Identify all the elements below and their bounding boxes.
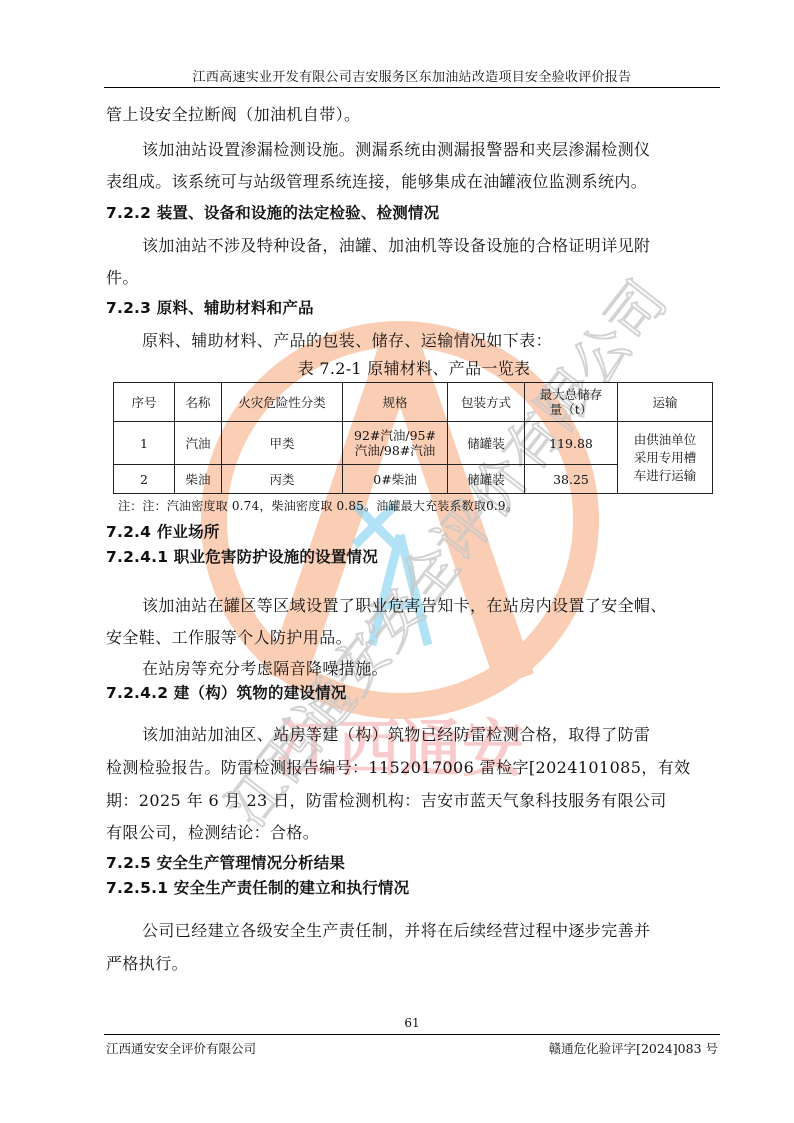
cell-package: 储罐装 — [448, 465, 525, 494]
cell-spec: 92#汽油/95# 汽油/98#汽油 — [343, 422, 448, 465]
table-note: 注：注：汽油密度取 0.74，柴油密度取 0.85。油罐最大充装系数取0.9。 — [118, 497, 518, 514]
paragraph: 原料、辅助材料、产品的包装、储存、运输情况如下表： — [106, 328, 552, 351]
paragraph: 件。 — [106, 265, 139, 288]
paragraph: 在站房等充分考虑隔音降噪措施。 — [106, 656, 388, 679]
cell-package: 储罐装 — [448, 422, 525, 465]
paragraph: 该加油站加油区、站房等建（构）筑物已经防雷检测合格，取得了防雷 — [106, 722, 650, 745]
paragraph: 有限公司，检测结论：合格。 — [106, 820, 319, 843]
col-header-name: 名称 — [175, 383, 222, 422]
paragraph: 检测检验报告。防雷检测报告编号：1152017006 雷检字[202410108… — [106, 755, 691, 778]
footer-doc-number: 赣通危化验评字[2024]083 号 — [549, 1039, 718, 1057]
paragraph: 表组成。该系统可与站级管理系统连接，能够集成在油罐液位监测系统内。 — [106, 169, 647, 192]
section-heading-7-2-3: 7.2.3 原料、辅助材料和产品 — [106, 296, 314, 318]
header-divider — [104, 87, 720, 88]
col-header-fire-class: 火灾危险性分类 — [222, 383, 343, 422]
section-heading-7-2-2: 7.2.2 装置、设备和设施的法定检验、检测情况 — [106, 201, 439, 223]
section-heading-7-2-4-1: 7.2.4.1 职业危害防护设施的设置情况 — [106, 545, 378, 567]
section-heading-7-2-4: 7.2.4 作业场所 — [106, 520, 220, 542]
section-heading-7-2-5-1: 7.2.5.1 安全生产责任制的建立和执行情况 — [106, 876, 409, 898]
paragraph: 安全鞋、工作服等个人防护用品。 — [106, 625, 352, 648]
footer-company: 江西通安安全评价有限公司 — [106, 1039, 256, 1057]
cell-name: 柴油 — [175, 465, 222, 494]
paragraph: 该加油站设置渗漏检测设施。测漏系统由测漏报警器和夹层渗漏检测仪 — [106, 137, 650, 160]
table-caption: 表 7.2-1 原辅材料、产品一览表 — [106, 356, 722, 379]
col-header-no: 序号 — [114, 383, 175, 422]
footer-divider — [104, 1034, 720, 1035]
section-heading-7-2-5: 7.2.5 安全生产管理情况分析结果 — [106, 851, 345, 873]
paragraph: 该加油站在罐区等区域设置了职业危害告知卡，在站房内设置了安全帽、 — [106, 593, 667, 616]
col-header-package: 包装方式 — [448, 383, 525, 422]
materials-table: 序号 名称 火灾危险性分类 规格 包装方式 最大总储存 量（t） 运输 1 汽油… — [113, 382, 713, 494]
running-header-title: 江西高速实业开发有限公司吉安服务区东加油站改造项目安全验收评价报告 — [104, 66, 720, 85]
document-page: 江西通安 江西通安安全评价有限公司 江西高速实业开发有限公司吉安服务区东加油站改… — [0, 0, 794, 1123]
col-header-spec: 规格 — [343, 383, 448, 422]
table-header-row: 序号 名称 火灾危险性分类 规格 包装方式 最大总储存 量（t） 运输 — [114, 383, 713, 422]
section-heading-7-2-4-2: 7.2.4.2 建（构）筑物的建设情况 — [106, 681, 347, 703]
cell-spec: 0#柴油 — [343, 465, 448, 494]
cell-transport: 由供油单位 采用专用槽 车进行运输 — [618, 422, 713, 494]
col-header-max-storage: 最大总储存 量（t） — [525, 383, 618, 422]
paragraph: 该加油站不涉及特种设备，油罐、加油机等设备设施的合格证明详见附 — [106, 233, 650, 256]
table-row: 1 汽油 甲类 92#汽油/95# 汽油/98#汽油 储罐装 119.88 由供… — [114, 422, 713, 465]
paragraph: 严格执行。 — [106, 951, 188, 974]
cell-fire-class: 甲类 — [222, 422, 343, 465]
paragraph: 管上设安全拉断阀（加油机自带）。 — [106, 102, 360, 125]
paragraph: 公司已经建立各级安全生产责任制，并将在后续经营过程中逐步完善并 — [106, 918, 650, 941]
col-header-transport: 运输 — [618, 383, 713, 422]
cell-no: 1 — [114, 422, 175, 465]
paragraph: 期：2025 年 6 月 23 日，防雷检测机构：吉安市蓝天气象科技服务有限公司 — [106, 788, 667, 811]
cell-fire-class: 丙类 — [222, 465, 343, 494]
cell-name: 汽油 — [175, 422, 222, 465]
cell-max-storage: 38.25 — [525, 465, 618, 494]
page-number: 61 — [104, 1016, 720, 1030]
cell-max-storage: 119.88 — [525, 422, 618, 465]
cell-no: 2 — [114, 465, 175, 494]
